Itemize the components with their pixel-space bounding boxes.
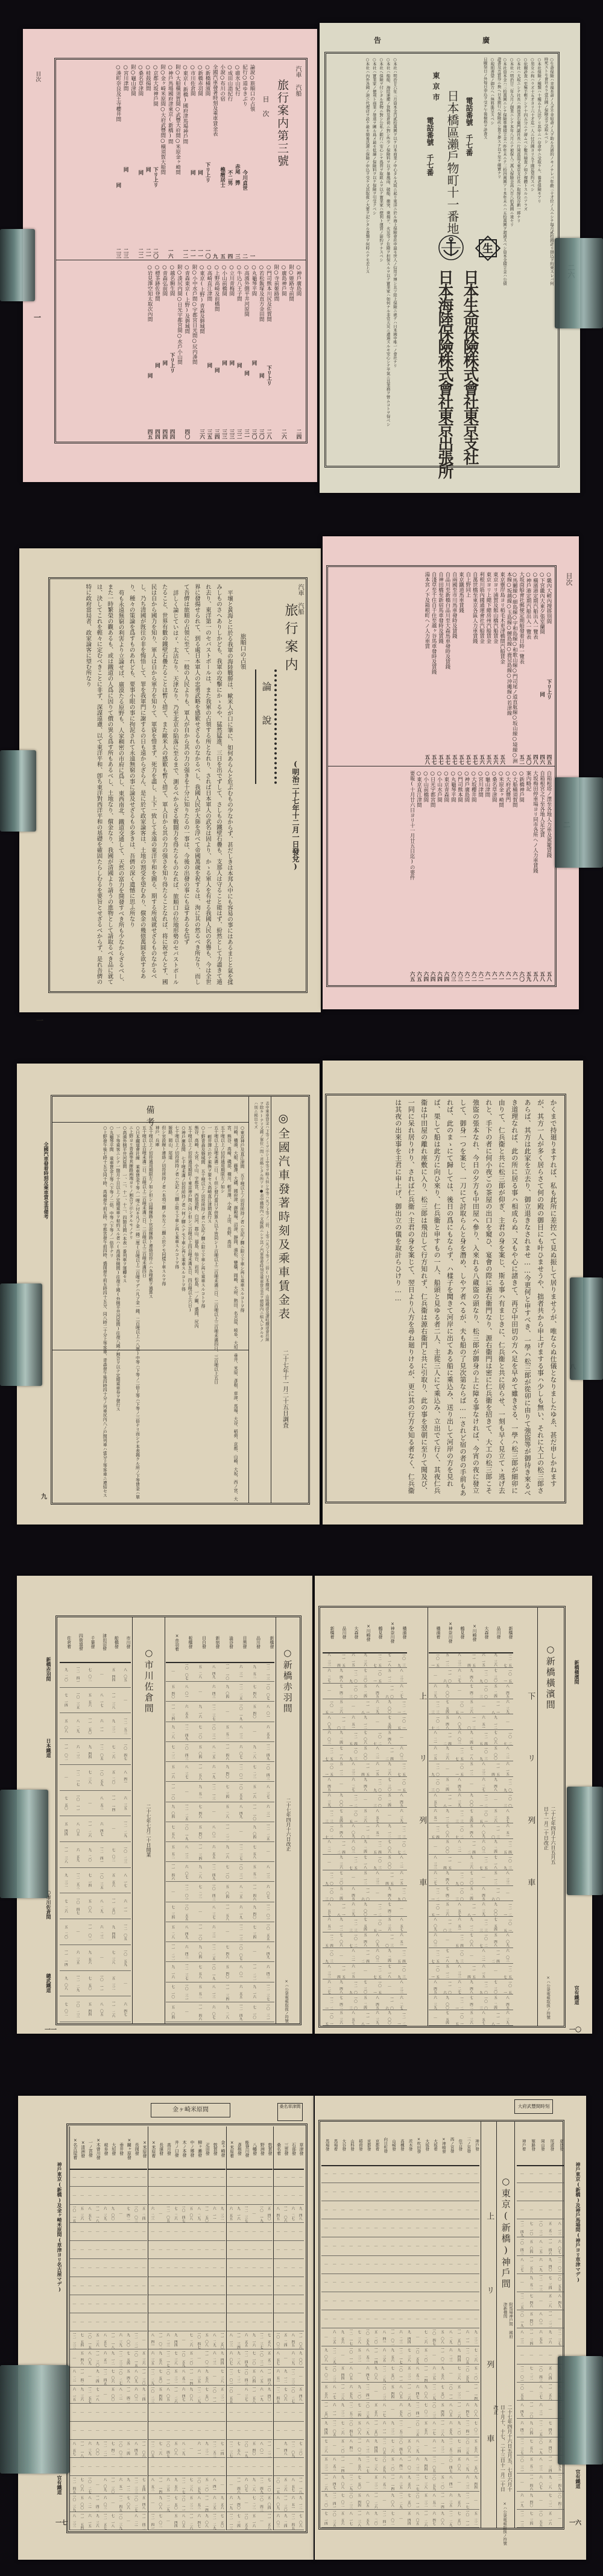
toc-entry[interactable]: ○高濱外側平井河原間同三一 xyxy=(243,265,248,439)
toc-entry[interactable]: ○牛込八王子間同三二 xyxy=(236,265,241,439)
time-cell: 七 二二 xyxy=(193,1882,207,1902)
time-cell: 八 三三 xyxy=(501,1870,513,1886)
time-cell: 五 二八 xyxy=(166,1922,180,1942)
station-name: ×神崎發 xyxy=(438,2123,446,2165)
time-cell: ｜ xyxy=(289,2458,297,2476)
spread-4: 新橋赤羽間 日本鐵道 ○市川佐倉間 總武鐵道 一一 市川發船橋發津田沼發千葉發四… xyxy=(0,1537,603,2049)
time-cell: ｜ xyxy=(250,2295,257,2313)
time-cell: ｜ xyxy=(164,2512,172,2530)
toc-entry[interactable]: ○越名駒生間下リ上リ四四 xyxy=(169,265,174,439)
toc-entry[interactable]: ○東京直江津間六五 xyxy=(415,771,421,982)
time-cell: ｜ xyxy=(101,2223,109,2241)
toc-entry[interactable]: ○小山水戶間六四 xyxy=(436,771,441,982)
toc-entry[interactable]: ○橫濱港定期汽船出入一覽表四八 xyxy=(532,572,537,765)
toc-entry[interactable]: ○日光宇都宮間六四 xyxy=(429,771,435,982)
running-head: 目次 xyxy=(564,572,573,586)
toc-entry-author: 下リ上リ xyxy=(204,162,210,183)
direction-label: 上リ列車 xyxy=(484,2212,494,2509)
station-name: ×清洲發 xyxy=(78,2126,86,2169)
toc-entry[interactable]: ○小山前橋間同三三 xyxy=(221,265,226,439)
time-cell: ｜ xyxy=(164,2187,172,2205)
time-cell: 九 〇八 xyxy=(438,2510,446,2528)
toc-entry[interactable]: ○東京青森間六四 xyxy=(443,771,449,982)
toc-entry[interactable]: ○馬關線○細島線○宇和島線○和歌山線○門司尾ノ道直航線○坂山線○境線○洲本線○坂… xyxy=(506,572,517,765)
time-cell: ｜ xyxy=(116,2187,124,2205)
toc-entry[interactable]: ○青森弘前間同四四 xyxy=(161,265,166,439)
toc-entry[interactable]: ○宮川津間同二三 xyxy=(122,64,128,259)
time-cell: 五 〇〇 xyxy=(383,1855,395,1870)
time-cell: 七 五〇 xyxy=(438,2383,446,2401)
time-cell: ｜ xyxy=(119,1971,131,1997)
toc-entry[interactable]: ○畿內大輕內搜搭別間下リ上リ四五 xyxy=(546,572,551,765)
time-cell: ｜ xyxy=(363,2237,371,2255)
time-cell: 七 四六 xyxy=(193,1802,207,1822)
time-cell: ｜ xyxy=(471,2219,479,2237)
toc-entry[interactable]: ○碓氷山紀行赤尾 㢡三 xyxy=(234,64,239,259)
rule xyxy=(165,1617,165,2023)
time-cell: 一〇 一五 xyxy=(395,1714,407,1730)
time-cell: 一〇 一一 xyxy=(446,2383,455,2401)
toc-entry[interactable]: 附○龜山津間 xyxy=(130,64,135,259)
time-cell: ｜ xyxy=(383,1979,395,1995)
time-cell: 一〇 一一 xyxy=(463,2510,471,2528)
time-cell: 五 一六 xyxy=(247,1782,261,1802)
time-cell: ｜ xyxy=(95,1662,107,1688)
time-cell: ｜ xyxy=(116,2458,124,2476)
time-cell: ｜ xyxy=(109,2404,116,2422)
time-cell: 六 三九 xyxy=(371,1699,383,1715)
toc-entry[interactable]: ○大坂櫻井間六二 xyxy=(470,771,476,982)
time-cell: 九 五二 xyxy=(526,2274,536,2292)
time-cell: ｜ xyxy=(388,2310,396,2328)
toc-entry[interactable]: 全國汽車發著時刻及乘車賃金表九 xyxy=(212,64,217,259)
time-cell: 七 一四 xyxy=(321,2510,330,2528)
time-cell: ｜ xyxy=(388,2201,396,2219)
time-cell: 一二 四一 xyxy=(463,2419,471,2437)
time-cell: ｜ xyxy=(265,2259,273,2277)
toc-entry[interactable]: ○成田山詣紀行不二男四 xyxy=(227,64,232,259)
toc-entry[interactable]: ○神戶廣島間二四 xyxy=(295,265,301,439)
time-cell: ｜ xyxy=(413,2183,421,2201)
time-cell: 八 三三 xyxy=(453,1652,465,1668)
station-name: 品川發 xyxy=(335,1610,347,1652)
time-cell: 八 〇五 xyxy=(346,2364,355,2383)
time-cell: 一二 〇一 xyxy=(180,1882,194,1902)
time-cell: 一〇 三一 xyxy=(234,1862,248,1882)
time-cell: 七 二二 xyxy=(250,2494,257,2512)
time-cell: 八 一三 xyxy=(554,2219,564,2237)
station-name: 澁谷發 xyxy=(220,1620,234,1662)
time-cell: ｜ xyxy=(396,2183,405,2201)
time-cell: ｜ xyxy=(535,2492,545,2510)
time-cell: 七 五八 xyxy=(235,2440,242,2458)
toc-entry[interactable]: 湯本宮ノ下及箱根町ヘノ人力車賃五八 xyxy=(423,572,429,765)
toc-entry[interactable]: ○新橋橫濱間下リ上リ一〇 xyxy=(204,64,210,259)
toc-entry-page: 三 xyxy=(234,254,239,259)
toc-entry[interactable]: 大坂商船會社郵便定期船發着日時一覽表五二 xyxy=(518,572,523,765)
time-cell: ｜ xyxy=(166,1662,180,1682)
running-side-2: 官有鐵道 xyxy=(575,2469,581,2489)
time-cell: 九 〇四 xyxy=(166,1802,180,1822)
time-cell: 九 〇四 xyxy=(220,1682,234,1702)
time-cell: ｜ xyxy=(274,2422,282,2440)
toc-entry-text: 自箱根塔ノ澤至各地人力車及駕籠賃錢 xyxy=(546,771,551,858)
time-cell: 八 〇五 xyxy=(95,1996,107,2022)
toc-entry[interactable]: ○丸龜琴平間六三 xyxy=(450,771,455,982)
phone-2: 電話番號 千七番 xyxy=(425,117,434,176)
toc-entry[interactable]: ○湊町奈良及王寺櫻井間同二三 xyxy=(115,64,120,259)
toc-entry[interactable]: ○京都大坂神戶間下リ上リ二〇 xyxy=(152,64,157,259)
toc-entry[interactable]: 東京靈岸島ヨリ稻毛木更津橋間汽船賃金五六 xyxy=(499,572,504,765)
toc-entry[interactable]: ○丸龜琴平間同三〇 xyxy=(251,265,256,439)
toc-entry[interactable]: ○神戶港定期汽船出入一覽表五〇 xyxy=(525,572,531,765)
time-cell: 九 四八 xyxy=(359,1777,371,1793)
time-cell: 五 五六 xyxy=(321,2383,330,2401)
time-cell: ｜ xyxy=(388,2165,396,2183)
time-cell: ｜ xyxy=(203,2313,210,2331)
toc-entry[interactable]: 附○寺前姬路間 xyxy=(273,265,279,439)
time-cell: 一二 三七 xyxy=(207,1702,221,1722)
time-cell: ｜ xyxy=(124,2295,132,2313)
toc-entry[interactable]: 論說○旅順口の占領一 xyxy=(249,64,254,259)
time-cell: 八 四五 xyxy=(274,2205,282,2223)
time-cell: 六 二三 xyxy=(363,2437,371,2455)
time-cell: ｜ xyxy=(453,1684,465,1699)
time-cell: 一〇 三一 xyxy=(261,2002,275,2022)
time-cell: 一二 一三 xyxy=(227,2512,235,2530)
station-group: 金ヶ崎發敦賀發疋田發柳ヶ瀨發中ノ郷發木ノ本發井ノ口發高月發長濱發×米原着｜｜｜｜… xyxy=(148,2126,226,2530)
time-cell: 八 二九 xyxy=(210,2331,218,2349)
toc-entry[interactable]: ○小山前橋間六四 xyxy=(422,771,428,982)
time-cell: 一〇 二七 xyxy=(501,1730,513,1746)
time-cell: ｜ xyxy=(545,2401,555,2419)
spread-3: 全國汽車發着時刻及乘車賃金表備考 九 備 考 ◎全國汽車發著時刻及乘車賃金表 二… xyxy=(0,1024,603,1537)
time-cell: 一二 四一 xyxy=(363,2383,371,2401)
notes-list: ○東京神戶及直江津間 五十哩以上ノ切符所持ノ者ハ左記ノ驛ニ限リ下車シ再ヒ乘車スル… xyxy=(57,1126,245,1502)
time-cell: 九 三六 xyxy=(465,1855,477,1870)
time-cell: ｜ xyxy=(164,2169,172,2187)
time-cell: ｜ xyxy=(171,2404,179,2422)
time-cell: 八 五七 xyxy=(501,1808,513,1823)
time-cell: 六 〇七 xyxy=(535,2474,545,2492)
toc-entry[interactable]: ○廣島神戶間二六 xyxy=(280,265,286,439)
station-name: 橫濱着 xyxy=(429,1610,441,1652)
toc-entry[interactable]: 東京ヨリ上總下總房州汽船賃金五六 xyxy=(485,572,491,765)
toc-entry[interactable]: ○龜山津間六一 xyxy=(484,771,490,982)
toc-entry[interactable]: 自萬世橋至東京各區人力車賃錢五七 xyxy=(472,572,477,765)
time-cell: 九 二八 xyxy=(250,2476,257,2494)
time-cell: ｜ xyxy=(242,2187,250,2205)
time-cell: 九 〇四 xyxy=(247,1822,261,1842)
time-cell: ｜ xyxy=(455,2219,463,2237)
toc-entry[interactable]: ○宮川津間六二 xyxy=(477,771,482,982)
toc-entry[interactable]: ○神戶廣島間六二 xyxy=(464,771,469,982)
toc-entry[interactable]: ○岩見澤空知太取次內間同四五 xyxy=(147,265,152,439)
toc-entry-author: 同 xyxy=(538,692,544,697)
time-cell: 八 四一 xyxy=(396,2455,405,2474)
toc-entry[interactable]: 附○姬路寺前間 xyxy=(288,265,293,439)
toc-entry[interactable]: ○上野高崎及前橋間同三四 xyxy=(213,265,219,439)
toc-entry-page: 九 xyxy=(212,254,217,259)
station-group: 草津發石部發三雲發桑名着｜｜｜｜｜｜｜｜九 四八六 二七一一 〇六八 四五｜｜｜… xyxy=(273,2126,304,2530)
time-cell: 一〇 三五 xyxy=(95,1868,107,1894)
time-cell: ｜ xyxy=(330,2219,338,2237)
time-cell: 一〇 四七 xyxy=(396,2437,405,2455)
toc-entry-author: 同 xyxy=(189,170,195,175)
time-cell: ｜ xyxy=(421,2310,429,2328)
time-cell: 一〇 二七 xyxy=(395,1839,407,1855)
time-cell: 一二 四九 xyxy=(517,2219,526,2237)
time-cell: 七 三八 xyxy=(107,1945,119,1971)
time-cell: ｜ xyxy=(396,2256,405,2274)
toc-entry[interactable]: 東京ヨリ浦賀及館山橋汽船賃金五六 xyxy=(492,572,497,765)
toc-entry[interactable]: ○高崎直江津間同三五 xyxy=(206,265,212,439)
time-cell: ｜ xyxy=(78,2259,86,2277)
toc-entry-page: 二八 xyxy=(265,429,271,439)
toc-entry[interactable]: 自兩國至市川馬車發時及賃錢五七 xyxy=(451,572,456,765)
time-cell: 六 五一 xyxy=(429,1808,441,1823)
toc-entry[interactable]: 利根川筋內國通運會社汽船賃金五六 xyxy=(478,572,484,765)
time-cell: 九 〇〇 xyxy=(93,2440,101,2458)
time-cell: ｜ xyxy=(463,2310,471,2328)
time-cell: ｜ xyxy=(179,2422,187,2440)
paragraph: ○男女ニ拘ハラズ十五才ヨリ六十才迄一人ニ付百圓ヨリ五千圓迄契約スベシ xyxy=(529,57,534,286)
time-cell: 七 五八 xyxy=(526,2437,536,2455)
time-cell: ｜ xyxy=(193,1902,207,1922)
time-cell: ｜ xyxy=(388,2237,396,2255)
section-banner: 論說 xyxy=(255,669,277,784)
time-cell: 六 二七 xyxy=(323,1979,335,1995)
time-cell: 七 五〇 xyxy=(203,2386,210,2404)
time-cell: 一一 一四 xyxy=(438,2492,446,2510)
revision-date: 二十七年四月十六日五月五日十一月二十日改正 xyxy=(540,1807,557,1867)
time-cell: ｜ xyxy=(282,2404,289,2422)
toc-entry[interactable]: 附○大船橫須賀間○武豐大府間○米原金ヶ崎間 xyxy=(174,64,180,259)
time-cell: 一一 三八 xyxy=(438,2419,446,2437)
toc-entry[interactable]: ○桂鼓揚間同二一 xyxy=(145,64,150,259)
toc-entry[interactable]: ○大府武豐門六一 xyxy=(505,771,510,982)
time-cell: 八 二九 xyxy=(72,1713,84,1739)
toc-entry[interactable]: 自淺草至千住自千住至越ヶ谷馬車發時及賃錢五七 xyxy=(431,572,436,765)
time-cell: 七 一八 xyxy=(109,2512,116,2530)
station-name: 目白發 xyxy=(193,1620,207,1662)
binder-clip-left xyxy=(0,750,36,832)
time-cell: ｜ xyxy=(195,2422,203,2440)
time-cell: ｜ xyxy=(321,2256,330,2274)
time-cell: 六 二三 xyxy=(446,2346,455,2364)
toc-entry-text: ○畿內大輕內搜搭別間 xyxy=(546,572,551,624)
time-cell: 一一 四二 xyxy=(383,1746,395,1761)
time-cell: 一二 五七 xyxy=(477,1855,489,1870)
toc-entry[interactable]: ○新橋赤羽間同一一 xyxy=(197,64,202,259)
toc-frame: ○畿內大輕內搜搭別間下リ上リ四五○下宮畿內大東夕張室蘭間同四六○橫濱港定期汽船出… xyxy=(326,565,557,987)
time-cell: ｜ xyxy=(139,2259,147,2277)
toc-entry[interactable]: ○大船橫須賀間六一 xyxy=(511,771,517,982)
time-cell: 一〇 一五 xyxy=(453,2010,465,2026)
time-cell: 一一 二二 xyxy=(265,2440,273,2458)
time-cell: ｜ xyxy=(421,2201,429,2219)
toc-entry[interactable]: ○米原金ヶ崎間六一 xyxy=(497,771,503,982)
time-cell: 一〇 二三 xyxy=(148,2386,156,2404)
time-cell: ｜ xyxy=(218,2313,226,2331)
toc-entry[interactable]: 自箱根宮之下至各地人足定賃五八 xyxy=(538,771,544,982)
toc-entry-page: 四六 xyxy=(538,754,544,765)
time-cell: ｜ xyxy=(139,2422,147,2440)
toc-entry[interactable]: ○門司熊本間六三 xyxy=(456,771,462,982)
time-cell: 八 四一 xyxy=(346,2437,355,2455)
time-cell: 一二 三七 xyxy=(242,2205,250,2223)
station-name: 馬場着 xyxy=(330,2123,338,2165)
time-cell: ｜ xyxy=(139,2404,147,2422)
time-cell: ｜ xyxy=(330,2292,338,2310)
time-cell: ｜ xyxy=(274,2277,282,2295)
time-cell: 一一 三八 xyxy=(338,2383,347,2401)
time-cell: 一〇 一五 xyxy=(274,2476,282,2494)
toc-entry[interactable]: 大坂梅田停車場ヨリ同市各所ヘノ人力車賃錢五八 xyxy=(532,771,537,982)
time-cell: 九 一二 xyxy=(335,1917,347,1932)
time-cell: 七 五〇 xyxy=(171,2494,179,2512)
toc-entry[interactable]: ○新橋神戶間六〇 xyxy=(518,771,523,982)
toc-entry[interactable]: ○標茶跡佐登間同四四 xyxy=(154,265,159,439)
time-cell: ｜ xyxy=(429,2346,438,2364)
time-cell: 八 二一 xyxy=(131,2512,139,2530)
toc-entry-text: 自箱根宮之下至各地人足定賃 xyxy=(538,771,544,838)
station-header: ×米原發長岡發×關ヶ原發垂井發大垣發岐阜發×木曾川發一ノ宮發×清洲發×名古屋着 xyxy=(70,2126,147,2170)
toc-entry[interactable]: ○東京(新橋)國府津馬場神戶間一二 xyxy=(182,64,188,259)
time-cell: 六 二三 xyxy=(148,2205,156,2223)
toc-entry[interactable]: 小說○布川の宿樵㾬居士五 xyxy=(219,64,224,259)
time-cell: 一二 二一 xyxy=(477,1793,489,1808)
toc-entry[interactable]: 附○金ヶ崎米原間○大府武豐間○橫須賀大船間 xyxy=(160,64,165,259)
toc-entry[interactable]: 自神田橋至新宿馬車發時及賃錢五七 xyxy=(437,572,443,765)
time-cell: 八 五三 xyxy=(195,2494,203,2512)
timetable-frame: 橫濱發×神奈川發鶴見發×川崎發大森發品川發新橋着一〇 三九七 一八一二 五七九 … xyxy=(318,1606,566,2028)
time-cell: ｜ xyxy=(421,2274,429,2292)
time-cell: 一一 五四 xyxy=(465,1652,477,1668)
paragraph: ○本社ヘ保險ヲ付シタル貨物ニ對シ公私ノ銀行ハ安心シテ爲替ヲ取組ムヲ以テ實業家ハ便… xyxy=(378,57,384,461)
toc-entry-page: 三〇 xyxy=(251,429,256,439)
toc-entry[interactable]: 附○湊尻内間○日光宇都宮間○水戶小山間 xyxy=(176,265,182,439)
time-cell: 七 二六 xyxy=(156,2440,164,2458)
time-cell: 五 五二 xyxy=(526,2455,536,2474)
time-cell: 五 三六 xyxy=(93,2331,101,2349)
time-cell: 五 四〇 xyxy=(526,2310,536,2328)
toc-entry[interactable]: 自品川至新橋白品川至大森馬車發時及賃錢五七 xyxy=(444,572,450,765)
station-name: 大坂着 xyxy=(429,2123,438,2165)
time-cell: ｜ xyxy=(363,2474,371,2492)
time-cell: 六 二三 xyxy=(72,1739,84,1765)
toc-entry-text: ○青森東京(上野)及磐城間 xyxy=(184,265,189,334)
time-cell: ｜ xyxy=(109,2458,116,2476)
time-cell: ｜ xyxy=(335,1948,347,1964)
time-cell: ｜ xyxy=(101,2277,109,2295)
time-cell: ｜ xyxy=(227,2458,235,2476)
time-cell: 六 二七 xyxy=(453,1979,465,1995)
toc-entry[interactable]: ○市川佐倉間同一一 xyxy=(189,64,195,259)
time-cell: 五 三六 xyxy=(282,2476,289,2494)
toc-entry-page: 三三 xyxy=(221,429,226,439)
time-cell: 一〇 〇三 xyxy=(501,1793,513,1808)
time-cell: 九 四四 xyxy=(371,2437,380,2455)
time-cell: 九 二〇 xyxy=(60,1662,72,1688)
time-cell: 一〇 三五 xyxy=(330,2510,338,2528)
toc-entry[interactable]: ○青森東京(上野)及磐城間四〇 xyxy=(184,265,189,439)
toc-entry[interactable]: ○門司熊本川尻及佐賀間下リ上リ二八 xyxy=(265,265,271,439)
time-cell: 六 三九 xyxy=(323,1793,335,1808)
station-name: 大森發 xyxy=(347,1610,359,1652)
toc-entry[interactable]: ○東京(上野)青森及磐城間三六 xyxy=(198,265,204,439)
time-cell: 五 五六 xyxy=(471,2437,479,2455)
toc-entry[interactable]: ○桑名草津間六一 xyxy=(491,771,496,982)
time-cell: ｜ xyxy=(203,2169,210,2187)
toc-entry[interactable]: 自上野同上五七 xyxy=(465,572,470,765)
toc-entry[interactable]: ○立川青梅間同三三 xyxy=(229,265,234,439)
toc-entry[interactable]: 東京鐵道馬車賃錢五七 xyxy=(458,572,463,765)
toc-entry-page: 五九 xyxy=(525,971,531,982)
time-cell: ｜ xyxy=(86,2404,93,2422)
toc-entry[interactable]: 自箱根塔ノ澤至各地人力車及駕籠賃錢五八 xyxy=(546,771,551,982)
toc-entry[interactable]: 要報(十月廿六日ヨリ十一月廿五日迄)の要件六五 xyxy=(409,771,414,982)
toc-entry[interactable]: ○桑名草津間同二二 xyxy=(137,64,143,259)
time-cell: 九 〇〇 xyxy=(297,2349,305,2368)
up-direction-label: 上リ列車 xyxy=(417,1692,426,1940)
station-name: 姬路發 xyxy=(526,2123,536,2165)
time-cell: 一二 三七 xyxy=(227,2440,235,2458)
toc-list-top: ○畿內大輕內搜搭別間下リ上リ四五○下宮畿內大東夕張室蘭間同四六○橫濱港定期汽船出… xyxy=(328,572,551,765)
time-cell: 一〇 五九 xyxy=(413,2346,421,2364)
note: 神戶、兵庫 xyxy=(154,1126,160,1502)
time-cell: ｜ xyxy=(413,2201,421,2219)
time-cell: 五 三六 xyxy=(441,1901,453,1917)
toc-entry-page: 四四 xyxy=(169,429,174,439)
time-cell: ｜ xyxy=(338,2183,347,2201)
tab-taketoyo: 大府武豐間時刻 xyxy=(514,2099,553,2114)
toc-entry[interactable]: 附○小中水戶間○宇都宮日光間○尻内湊間 xyxy=(191,265,197,439)
time-cell: ｜ xyxy=(429,2237,438,2255)
time-cell: 一二 四九 xyxy=(180,1722,194,1742)
station-header: 廣島發尾道發岡山發姬路發神戶着 xyxy=(517,2123,564,2166)
time-cell: ｜ xyxy=(463,2383,471,2401)
time-cell: 一一 一八 xyxy=(465,1901,477,1917)
toc-entry[interactable]: ○若松飯塚及直方金田間同三〇 xyxy=(258,265,264,439)
time-cell: ｜ xyxy=(116,2295,124,2313)
time-cell: ｜ xyxy=(93,2277,101,2295)
time-cell: ｜ xyxy=(210,2313,218,2331)
time-cell: 五 三六 xyxy=(465,1699,477,1715)
time-cell: ｜ xyxy=(335,1777,347,1793)
time-cell: ｜ xyxy=(70,2313,78,2331)
toc-entry[interactable]: 案內略記五九 xyxy=(525,771,531,982)
time-cell: 一〇 二七 xyxy=(289,2386,297,2404)
time-cell: ｜ xyxy=(60,1765,72,1791)
toc-entry[interactable]: ○神戶馬場國府津東京(新橋)間一六 xyxy=(167,64,172,259)
time-cell: 六 一一 xyxy=(119,1893,131,1919)
toc-entry[interactable]: ○下宮畿內大東夕張室蘭間同四六 xyxy=(538,572,544,765)
spread-2: 一 汽車 汽船 旅行案内 (明治二十七年十二月一日發兌) 論說 旅順口の占領 平… xyxy=(0,512,603,1024)
rule xyxy=(481,2122,481,2528)
toc-entry[interactable]: 紀行○道ゆきぶり今川貞世二 xyxy=(241,64,247,259)
time-cell: 七 二六 xyxy=(388,2437,396,2455)
time-cell: 一二 三七 xyxy=(257,2331,265,2349)
time-cell: 一二 三三 xyxy=(116,2349,124,2368)
time-cell: ｜ xyxy=(463,2256,471,2274)
toc-entry-page: 五八 xyxy=(538,971,544,982)
time-cell: 六 三九 xyxy=(86,2440,93,2458)
time-cell: 一一 〇六 xyxy=(139,2440,147,2458)
time-cell: ｜ xyxy=(109,2494,116,2512)
time-cell: ｜ xyxy=(210,2169,218,2187)
station-name: 彥根發 xyxy=(235,2126,242,2169)
